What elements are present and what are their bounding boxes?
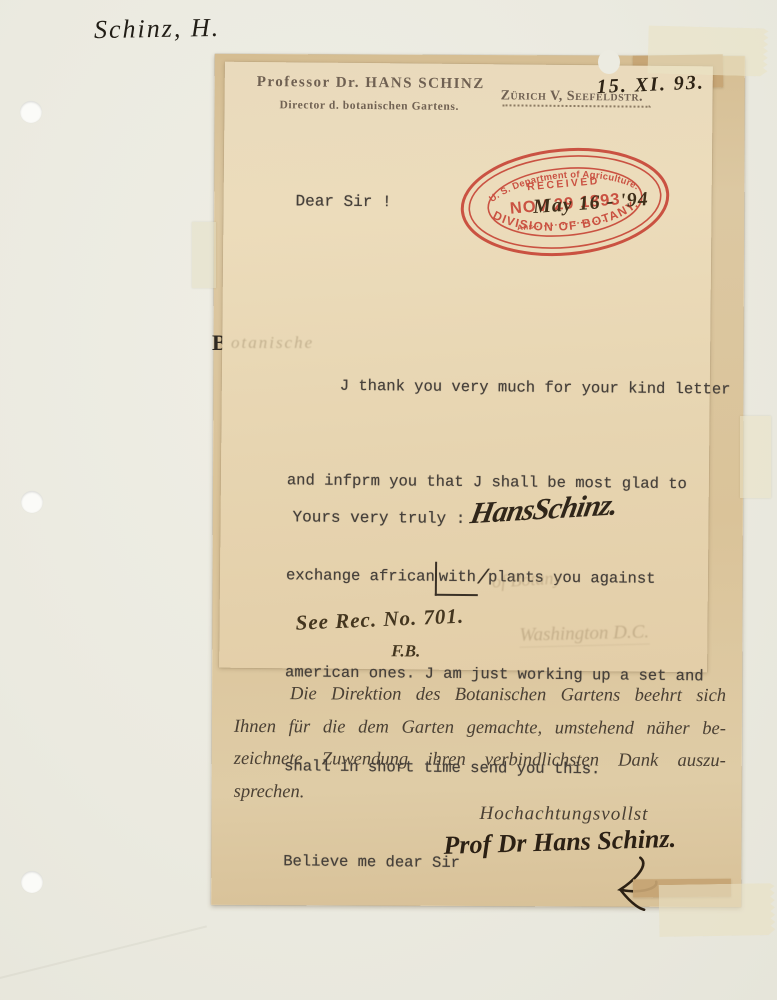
underlying-letterhead-ghost: otanische [231,333,314,353]
letterhead-dotted-line [503,104,651,107]
inserted-word: with [435,562,479,596]
body-line: J thank you very much for your kind lett… [288,370,724,406]
letterhead-title: Director d. botanischen Gartens. [279,99,459,113]
record-initials: F.B. [391,641,420,661]
scanned-letter-page: Schinz, H. Die Direktion des Botanischen… [0,0,777,1000]
letterhead-name: Professor Dr. HANS SCHINZ [257,74,485,93]
handwritten-date: 15. XI. 93. [596,71,705,99]
body-line: Believe me dear Sir [283,846,719,882]
punch-hole-bottom [21,871,43,893]
showthrough-text-botany: of Botany [491,568,562,593]
body-line: shall in short time send you this. [284,751,720,787]
salutation: Dear Sir ! [295,192,391,211]
showthrough-text-washington: Washington D.C. [519,622,649,648]
tape-top-right [647,25,768,76]
body-line-segment: exchange african [286,566,435,585]
punch-hole-top [20,101,42,123]
archivist-name-annotation: Schinz, H. [94,13,221,45]
tape-left [192,222,216,288]
paper-notch [598,50,620,74]
punch-hole-middle [21,491,43,513]
tape-right-middle [740,416,771,498]
insertion-slash-mark: / [477,563,489,595]
tape-bottom-right [659,883,776,937]
body-line: american ones. J am just working up a se… [285,657,721,693]
valediction: Yours very truly : [292,508,465,528]
